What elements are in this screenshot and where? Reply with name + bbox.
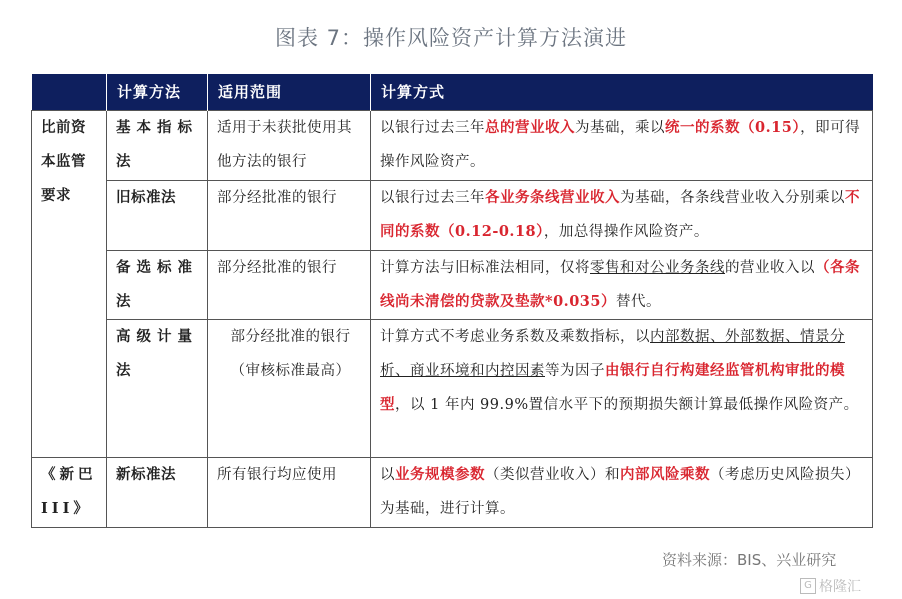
desc-cell: 以银行过去三年总的营业收入为基础，乘以统一的系数（0.15），即可得操作风险资产… bbox=[371, 111, 873, 181]
desc-text: 计算方法与旧标准法相同，仅将 bbox=[380, 260, 590, 276]
watermark-text: 格隆汇 bbox=[819, 576, 861, 596]
underlined-text: 零售和对公业务条线 bbox=[590, 260, 725, 276]
figure-title: 图表 7：操作风险资产计算方法演进 bbox=[0, 22, 902, 52]
table-row: 《新巴III》 新标准法 所有银行均应使用 以业务规模参数（类似营业收入）和内部… bbox=[32, 458, 873, 528]
method-cell: 高级计量法 bbox=[107, 320, 208, 458]
desc-text: 的营业收入以 bbox=[725, 260, 815, 276]
header-formula: 计算方式 bbox=[371, 74, 873, 111]
desc-text: 以银行过去三年 bbox=[380, 120, 485, 136]
table-row: 旧标准法 部分经批准的银行 以银行过去三年各业务条线营业收入为基础，各条线营业收… bbox=[32, 181, 873, 251]
scope-cell: 部分经批准的银行（审核标准最高） bbox=[208, 320, 371, 458]
table-row: 比前资本监管要求 基本指标法 适用于未获批使用其他方法的银行 以银行过去三年总的… bbox=[32, 111, 873, 181]
method-cell: 旧标准法 bbox=[107, 181, 208, 251]
table-row: 备选标准法 部分经批准的银行 计算方法与旧标准法相同，仅将零售和对公业务条线的营… bbox=[32, 251, 873, 320]
desc-cell: 计算方式不考虑业务系数及乘数指标，以内部数据、外部数据、情景分析、商业环境和内控… bbox=[371, 320, 873, 458]
scope-cell: 部分经批准的银行 bbox=[208, 251, 371, 320]
header-method: 计算方法 bbox=[107, 74, 208, 111]
method-evolution-table: 计算方法 适用范围 计算方式 比前资本监管要求 基本指标法 适用于未获批使用其他… bbox=[31, 74, 873, 528]
highlight-text: 统一的系数（0.15） bbox=[665, 119, 800, 136]
header-scope: 适用范围 bbox=[208, 74, 371, 111]
table-row: 高级计量法 部分经批准的银行（审核标准最高） 计算方式不考虑业务系数及乘数指标，… bbox=[32, 320, 873, 458]
desc-text: 为基础，各条线营业收入分别乘以 bbox=[620, 190, 845, 206]
desc-text: （类似营业收入）和 bbox=[485, 467, 620, 483]
desc-cell: 以银行过去三年各业务条线营业收入为基础，各条线营业收入分别乘以不同的系数（0.1… bbox=[371, 181, 873, 251]
desc-cell: 以业务规模参数（类似营业收入）和内部风险乘数（考虑历史风险损失）为基础，进行计算… bbox=[371, 458, 873, 528]
highlight-text: 内部风险乘数 bbox=[620, 466, 710, 483]
highlight-text: 业务规模参数 bbox=[395, 466, 485, 483]
source-note: 资料来源：BIS、兴业研究 bbox=[662, 549, 836, 570]
desc-text: ，加总得操作风险资产。 bbox=[544, 224, 709, 240]
desc-text: ，以 1 年内 99.9%置信水平下的预期损失额计算最低操作风险资产。 bbox=[395, 397, 859, 413]
desc-text: 为基础，乘以 bbox=[575, 120, 665, 136]
watermark-logo-icon: G bbox=[800, 578, 816, 594]
highlight-text: 总的营业收入 bbox=[485, 119, 575, 136]
scope-cell: 部分经批准的银行 bbox=[208, 181, 371, 251]
highlight-text: 各业务条线营业收入 bbox=[485, 189, 620, 206]
method-cell: 新标准法 bbox=[107, 458, 208, 528]
era-cell-previous: 比前资本监管要求 bbox=[32, 111, 107, 458]
desc-text: 等为因子 bbox=[545, 363, 605, 379]
desc-text: 以 bbox=[380, 467, 395, 483]
table-header-row: 计算方法 适用范围 计算方式 bbox=[32, 74, 873, 111]
method-cell: 备选标准法 bbox=[107, 251, 208, 320]
desc-cell: 计算方法与旧标准法相同，仅将零售和对公业务条线的营业收入以（各条线尚未清偿的贷款… bbox=[371, 251, 873, 320]
watermark: G 格隆汇 bbox=[800, 576, 861, 596]
era-cell-basel3: 《新巴III》 bbox=[32, 458, 107, 528]
method-cell: 基本指标法 bbox=[107, 111, 208, 181]
desc-text: 计算方式不考虑业务系数及乘数指标，以 bbox=[380, 329, 650, 345]
header-era bbox=[32, 74, 107, 111]
desc-text: 替代。 bbox=[616, 294, 661, 310]
scope-cell: 所有银行均应使用 bbox=[208, 458, 371, 528]
desc-text: 以银行过去三年 bbox=[380, 190, 485, 206]
scope-cell: 适用于未获批使用其他方法的银行 bbox=[208, 111, 371, 181]
